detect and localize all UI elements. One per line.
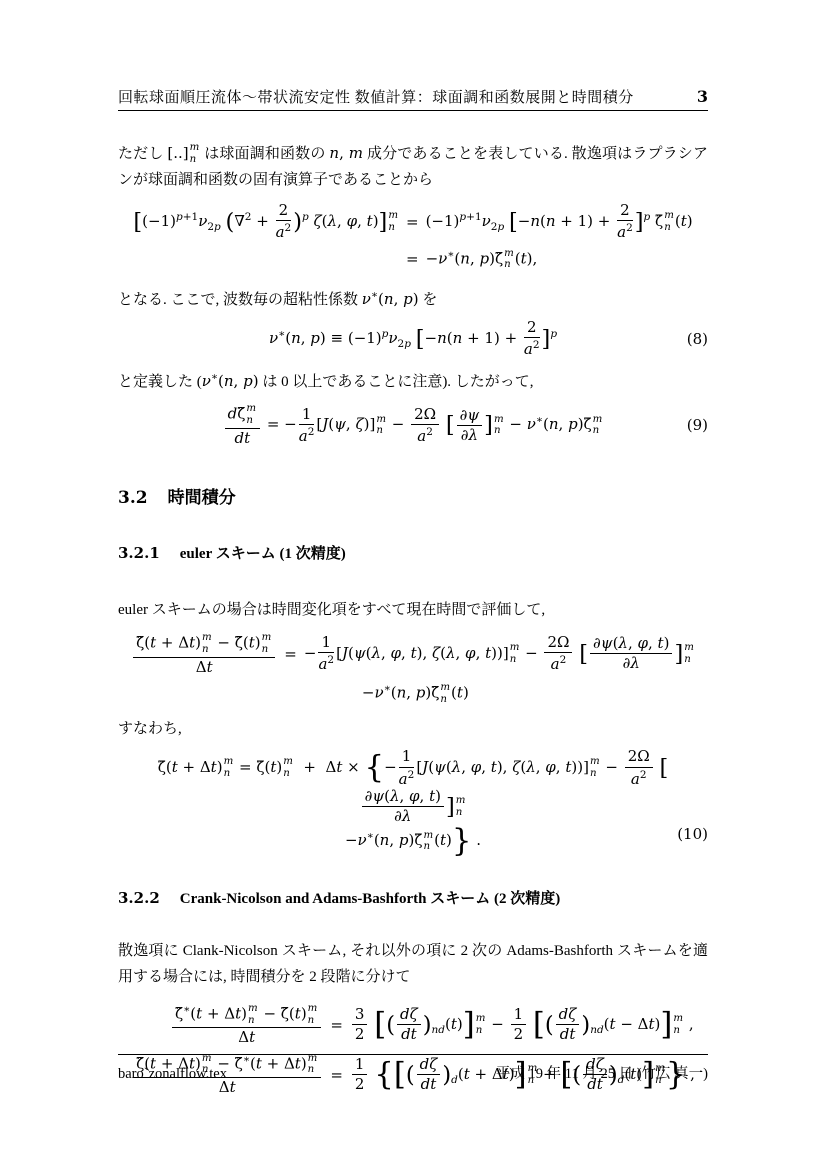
footer-rule [118,1054,708,1055]
subsection-number: 3.2.2 [118,889,160,907]
page-header: 回転球面順圧流体〜帯状流安定性 数値計算：球面調和函数展開と時間積分 3 [118,86,708,107]
paragraph-euler-description: euler スキームの場合は時間変化項をすべて現在時間で評価して, [118,597,708,623]
page-footer: baro`zonalflow.tex 平成 19 年 11 月 25 日 (竹広… [118,1062,708,1083]
subsection-title: euler スキーム (1 次精度) [180,546,346,562]
equation-8-number: (8) [687,330,708,348]
header-rule [118,110,708,111]
equation-9-body: dζ̃mndt = −1a2[J(ψ, ζ)]mn − 2Ωa2 [∂ψ∂λ]m… [223,415,604,433]
equation-9-number: (9) [687,416,708,434]
equation-two-stage-integration: ζ̃∗(t + Δt)mn − ζ̃(t)mnΔt=32 [(dζdt)nd(t… [118,1000,708,1099]
equation-10: ζ̃(t + Δt)mn = ζ̃(t)mn + Δt × {−1a2[J(ψ(… [118,748,708,853]
equation-8: ν∗(n, p) ≡ (−1)pν2p [−n(n + 1) + 2a2]p (… [118,319,708,359]
subsection-number: 3.2.1 [118,544,160,562]
subsection-title: Crank-Nicolson and Adams-Bashforth スキーム … [180,891,560,907]
section-title: 時間積分 [168,488,236,507]
equation-10-line1: ζ̃(t + Δt)mn = ζ̃(t)mn + Δt × {−1a2[J(ψ(… [118,748,708,825]
equation-10-number: (10) [677,825,708,843]
document-page: 回転球面順圧流体〜帯状流安定性 数値計算：球面調和函数展開と時間積分 3 ただし… [0,0,826,1169]
equation-9: dζ̃mndt = −1a2[J(ψ, ζ)]mn − 2Ωa2 [∂ψ∂λ]m… [118,403,708,447]
section-heading-time-integration: 3.2時間積分 [118,483,708,508]
equation-dissipation-eigen: [(−1)p+1ν2p (∇2 + 2a2)p ζ(λ, φ, t)]mn=(−… [118,199,708,274]
page-body: ただし [..]mn は球面調和函数の n, m 成分であることを表している. … [118,140,708,1099]
footer-date-author: 平成 19 年 11 月 25 日 (竹広 真一) [496,1062,708,1083]
paragraph-cn-ab-description: 散逸項に Clank-Nicolson スキーム, それ以外の項に 2 次の A… [118,938,708,990]
subsection-heading-cn-ab-scheme: 3.2.2Crank-Nicolson and Adams-Bashforth … [118,887,708,908]
equation-euler-scheme: ζ̃(t + Δt)mn − ζ̃(t)mnΔt=−1a2[J(ψ(λ, φ, … [118,629,708,708]
header-title: 回転球面順圧流体〜帯状流安定性 数値計算：球面調和函数展開と時間積分 [118,86,634,107]
footer-filename: baro`zonalflow.tex [118,1066,227,1083]
section-number: 3.2 [118,488,148,508]
header-page-number: 3 [697,87,708,106]
paragraph-hyperviscosity-coefficient: となる. ここで, 波数毎の超粘性係数 ν∗(n, p) を [118,282,708,313]
paragraph-definition-note: と定義した (ν∗(n, p) は 0 以上であることに注意). したがって, [118,364,708,395]
equation-8-body: ν∗(n, p) ≡ (−1)pν2p [−n(n + 1) + 2a2]p [269,329,557,347]
subsection-heading-euler-scheme: 3.2.1euler スキーム (1 次精度) [118,542,708,563]
equation-10-line2: −ν∗(n, p)ζ̃mn(t)} . [118,829,708,853]
paragraph-spherical-harmonic-component: ただし [..]mn は球面調和函数の n, m 成分であることを表している. … [118,140,708,193]
paragraph-sunawachi: すなわち, [118,716,708,742]
